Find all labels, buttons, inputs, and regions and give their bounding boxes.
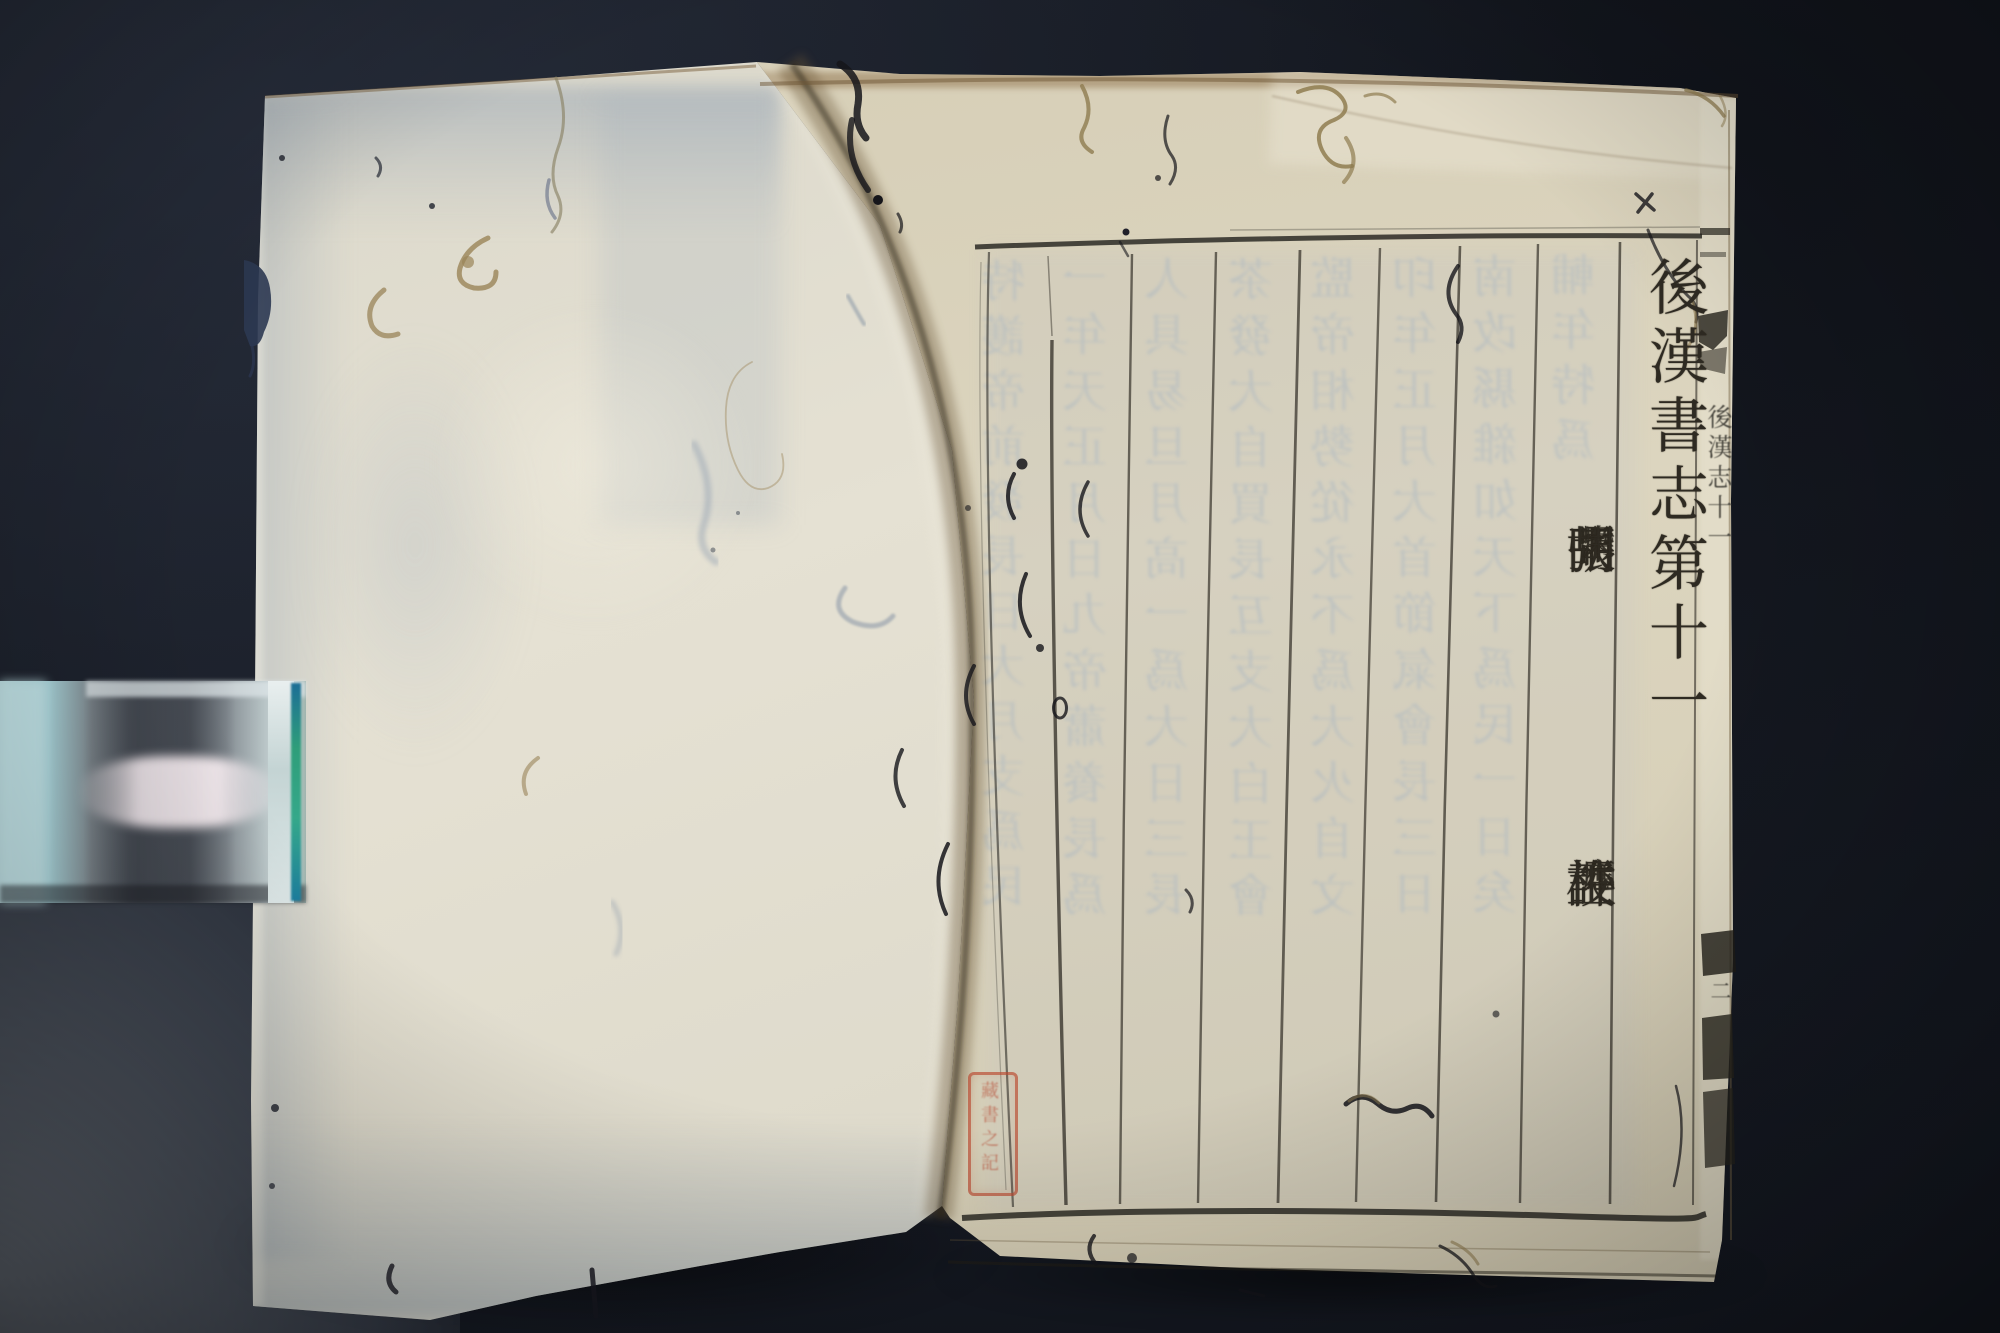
collator-character: 正	[1562, 858, 1612, 916]
tear-line	[1272, 96, 1732, 168]
stains-left-page	[244, 78, 893, 1316]
page-bottom-edge	[948, 1262, 1716, 1276]
glass-cyan-tint	[0, 681, 46, 903]
worm-trails-right-page	[1081, 86, 1725, 1264]
page-bottom-edge	[950, 1240, 1710, 1252]
chapter-title-column: 後漢書志第十一	[1632, 256, 1704, 786]
photo-of-open-antique-book: 特護帝前發長日大月支爲民一年天正月日九帝蕭養長爲人具易旦月高一爲大日三長茶發大自…	[0, 0, 2000, 1333]
glass-light-streak	[80, 756, 276, 827]
collector-seal: 藏書之記	[968, 1072, 1018, 1196]
glass-bottom-shadow	[0, 885, 306, 903]
center-fold-page-number: 二	[1704, 980, 1730, 1001]
glass-end-face	[268, 681, 294, 903]
glass-chromatic-edge	[291, 683, 301, 901]
page-top-edge	[265, 66, 756, 97]
column-rules	[1048, 110, 1732, 1240]
gutter-fold-shading	[768, 62, 972, 1218]
seal-glyphs: 藏書之記	[979, 1081, 997, 1177]
page-top-edge	[760, 79, 1738, 96]
collator-character: 用	[1578, 524, 1612, 566]
collators-column-upper: 張㮣同胡大用	[1548, 524, 1612, 854]
glass-paperweight	[0, 681, 306, 903]
collators-column-lower: 許應元校正	[1548, 858, 1612, 1168]
center-fold-booklet-label: 後漢志十一	[1701, 404, 1731, 554]
